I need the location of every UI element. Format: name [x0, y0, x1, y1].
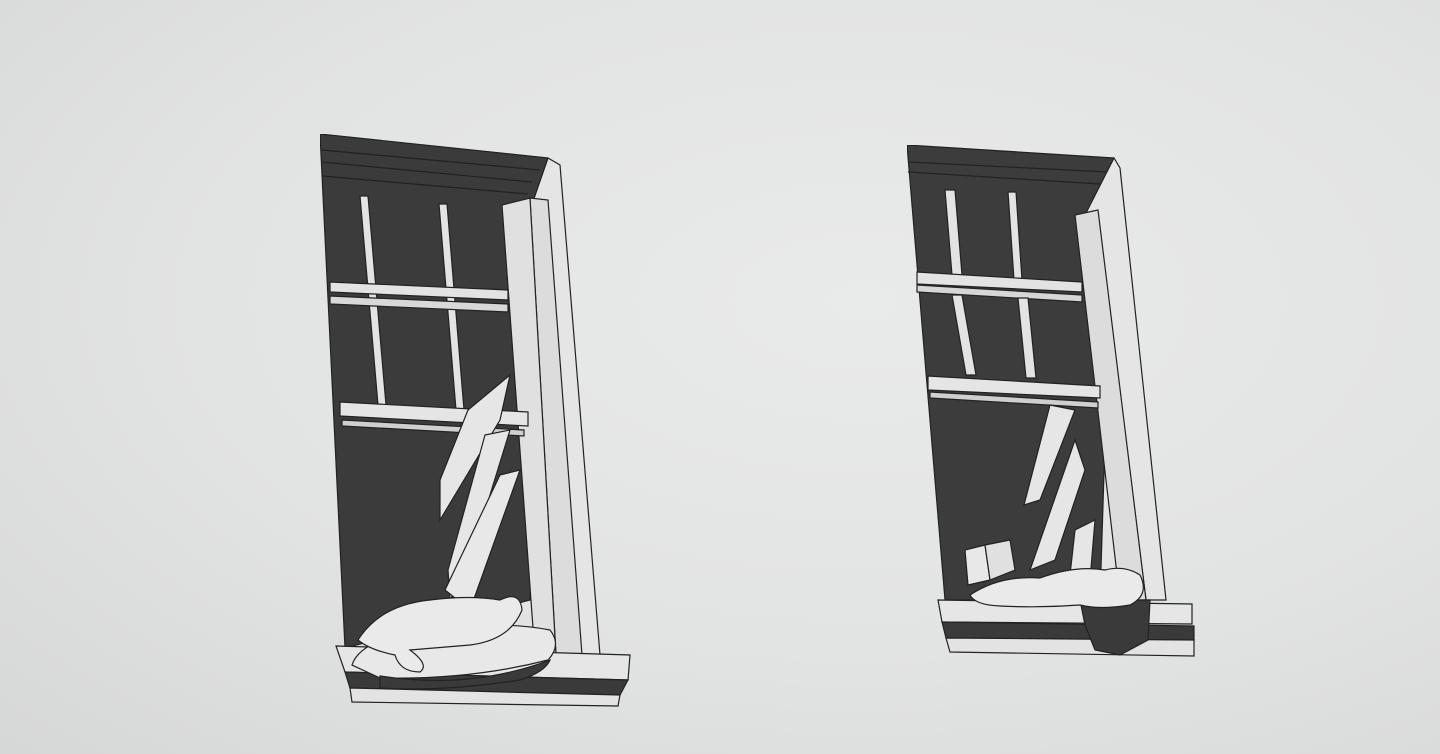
window-with-sleeping-dog [320, 134, 630, 706]
window-with-reclining-figure [907, 145, 1194, 656]
photo-canvas [0, 0, 1440, 754]
